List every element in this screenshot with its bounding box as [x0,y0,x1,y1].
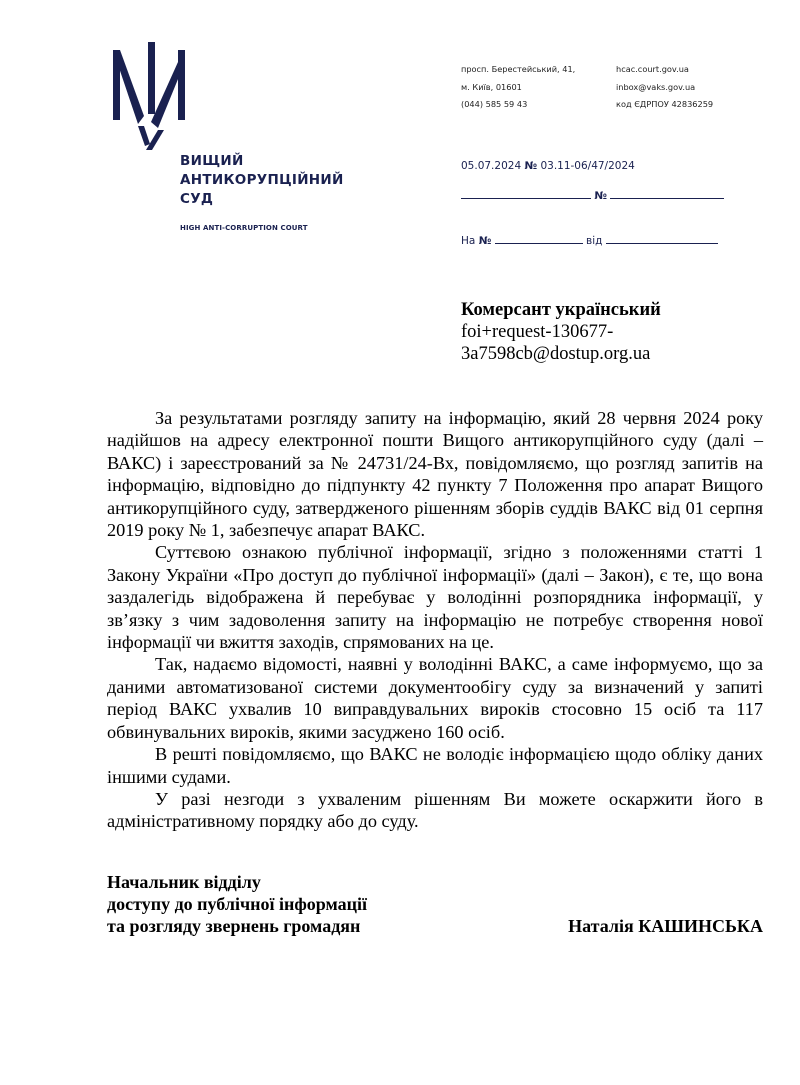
court-address: просп. Берестейський, 41, м. Київ, 01601… [461,61,575,114]
reply-prefix: На [461,235,475,247]
number-sign: № [524,160,537,172]
court-contacts: hcac.court.gov.ua inbox@vaks.gov.ua код … [616,61,713,114]
body-paragraph: Суттєвою ознакою публічної інформації, з… [107,541,763,653]
court-edrpou-code: код ЄДРПОУ 42836259 [616,96,713,114]
body-paragraph: За результатами розгляду запиту на інфор… [107,407,763,541]
recipient-name: Комерсант український [461,299,661,321]
reply-date-field [606,234,718,244]
body-paragraph: У разі незгоди з ухваленим рішенням Ви м… [107,788,763,833]
reply-to-line: На № від [461,234,718,247]
number-sign: № [594,190,607,202]
signatory-position-line: Начальник відділу [107,871,763,893]
address-phone: (044) 585 59 43 [461,96,575,114]
letter-body: За результатами розгляду запиту на інфор… [107,407,763,833]
recipient-email-line: foi+request-130677- [461,321,661,343]
recipient-block: Комерсант український foi+request-130677… [461,299,661,365]
court-email: inbox@vaks.gov.ua [616,79,713,97]
recipient-email-line: 3a7598cb@dostup.org.ua [461,343,661,365]
court-name-line: АНТИКОРУПЦІЙНИЙ [180,171,344,190]
signatory-name: Наталія КАШИНСЬКА [568,915,763,937]
address-street: просп. Берестейський, 41, [461,61,575,79]
blank-registration-line: № [461,189,724,202]
court-website: hcac.court.gov.ua [616,61,713,79]
number-sign: № [479,235,492,247]
signature-block: Начальник відділу доступу до публічної і… [107,871,763,937]
court-name: ВИЩИЙ АНТИКОРУПЦІЙНИЙ СУД [180,152,344,209]
reply-number-field [495,234,583,244]
court-name-line: СУД [180,190,344,209]
outgoing-date: 05.07.2024 [461,160,521,172]
trident-logo-icon [110,42,190,152]
court-name-english: HIGH ANTI-CORRUPTION COURT [180,224,308,232]
outgoing-registration: 05.07.2024 № 03.11-06/47/2024 [461,160,635,172]
court-name-line: ВИЩИЙ [180,152,344,171]
body-paragraph: Так, надаємо відомості, наявні у володін… [107,653,763,743]
address-city: м. Київ, 01601 [461,79,575,97]
body-paragraph: В решті повідомляємо, що ВАКС не володіє… [107,743,763,788]
blank-date-field [461,189,591,199]
reply-from-label: від [586,235,602,247]
signatory-position-line: доступу до публічної інформації [107,893,763,915]
outgoing-number: 03.11-06/47/2024 [540,160,634,172]
blank-number-field [610,189,724,199]
